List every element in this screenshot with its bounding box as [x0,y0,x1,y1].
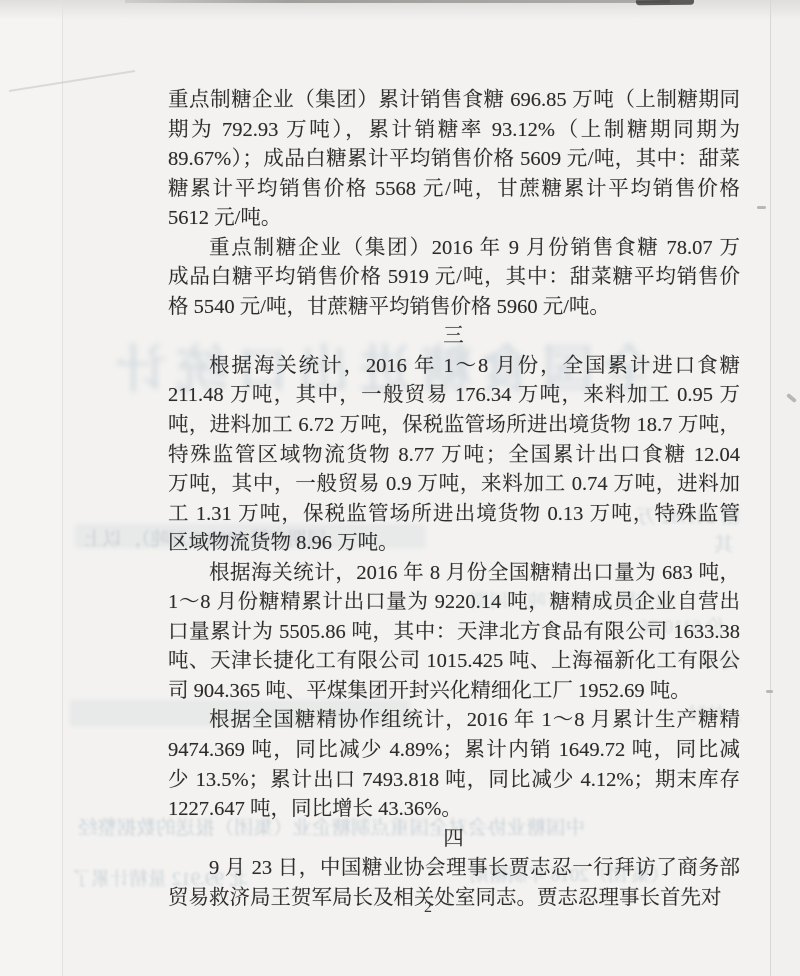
scanned-page: { "page": { "number": "2", "paper_color"… [0,0,800,976]
text-line: 万吨，其中，一般贸易 0.9 万吨，来料加工 0.74 万吨，进料加 [168,470,740,500]
scan-speck [766,690,773,693]
text-line: 9 月 23 日，中国糖业协会理事长贾志忍一行拜访了商务部 [168,854,740,884]
text-line: 成品白糖平均销售价格 5919 元/吨，其中：甜菜糖平均销售价 [168,263,740,293]
text-line: 特殊监管区域物流货物 8.77 万吨；全国累计出口食糖 12.04 [168,441,740,471]
text-line: 吨、天津长捷化工有限公司 1015.425 吨、上海福新化工有限公 [168,647,740,677]
scan-speck [757,206,766,209]
scan-top-edge-smudge [636,0,694,5]
text-line: 格 5540 元/吨，甘蔗糖平均销售价格 5960 元/吨。 [168,293,740,323]
text-line: 9474.369 吨，同比减少 4.89%；累计内销 1649.72 吨，同比减 [168,736,740,766]
text-line: 口量累计为 5505.86 吨，其中：天津北方食品有限公司 1633.38 [168,618,740,648]
text-line: 5612 元/吨。 [168,204,740,234]
text-line: 211.48 万吨，其中，一般贸易 176.34 万吨，来料加工 0.95 万 [168,381,740,411]
scan-right-edge-line [770,0,771,976]
text-line: 根据海关统计，2016 年 1～8 月份，全国累计进口食糖 [168,352,740,382]
text-block: 重点制糖企业（集团）累计销售食糖 696.85 万吨（上制糖期同期为 792.9… [168,86,740,913]
text-line: 区域物流货物 8.96 万吨。 [168,529,740,559]
text-line: 司 904.365 吨、平煤集团开封兴化精细化工厂 1952.69 吨。 [168,677,740,707]
text-line: 吨，进料加工 6.72 万吨，保税监管场所进出境货物 18.7 万吨， [168,411,740,441]
page-number: 2 [168,899,688,917]
text-line: 重点制糖企业（集团）累计销售食糖 696.85 万吨（上制糖期同 [168,86,740,116]
text-line: 工 1.31 万吨，保税监管场所进出境货物 0.13 万吨，特殊监管 [168,500,740,530]
text-line: 少 13.5%；累计出口 7493.818 吨，同比减少 4.12%；期末库存 [168,766,740,796]
text-line: 1227.647 吨，同比增长 43.36%。 [168,795,740,825]
text-line: 重点制糖企业（集团）2016 年 9 月份销售食糖 78.07 万吨， [168,234,740,264]
section-heading: 四 [168,825,740,855]
text-line: 89.67%）；成品白糖累计平均销售价格 5609 元/吨，其中：甜菜 [168,145,740,175]
scan-left-margin [0,0,62,976]
scan-left-edge-line [62,0,63,976]
section-heading: 三 [168,322,740,352]
text-line: 1～8 月份糖精累计出口量为 9220.14 吨，糖精成员企业自营出 [168,588,740,618]
text-line: 根据全国糖精协作组统计，2016 年 1～8 月累计生产糖精 [168,706,740,736]
scan-top-edge-line [125,0,670,3]
text-line: 糖累计平均销售价格 5568 元/吨，甘蔗糖累计平均销售价格 [168,175,740,205]
text-line: 根据海关统计，2016 年 8 月份全国糖精出口量为 683 吨， [168,559,740,589]
scan-right-margin [771,0,800,976]
text-line: 期为 792.93 万吨），累计销糖率 93.12%（上制糖期同期为 [168,116,740,146]
